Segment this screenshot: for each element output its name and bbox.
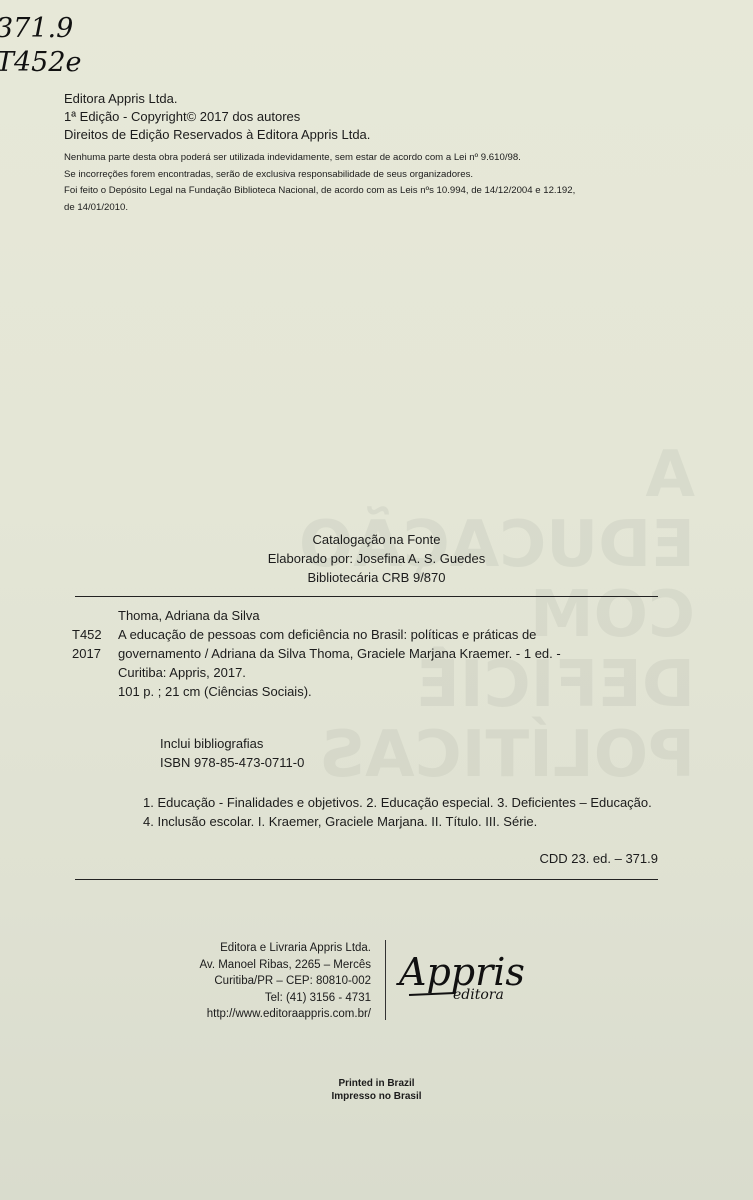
- cdd-classification: CDD 23. ed. – 371.9: [539, 849, 658, 868]
- legal-notice: Nenhuma parte desta obra poderá ser util…: [64, 150, 575, 216]
- printed-english: Printed in Brazil: [0, 1077, 753, 1090]
- physical-description: 101 p. ; 21 cm (Ciências Sociais).: [118, 682, 658, 701]
- bibliography-note: Inclui bibliografias: [160, 734, 304, 753]
- title-line: A educação de pessoas com deficiência no…: [118, 625, 658, 644]
- logo-subtext: editora: [453, 987, 504, 1003]
- cataloger-name: Elaborado por: Josefina A. S. Guedes: [0, 549, 753, 568]
- divider-bottom: [75, 879, 658, 880]
- cataloger-registration: Bibliotecária CRB 9/870: [0, 568, 753, 587]
- call-number: T452 2017: [72, 625, 102, 663]
- logo-separator: [385, 940, 386, 1020]
- subject-line: 1. Educação - Finalidades e objetivos. 2…: [143, 793, 652, 812]
- printed-in: Printed in Brazil Impresso no Brasil: [0, 1077, 753, 1103]
- legal-line: Foi feito o Depósito Legal na Fundação B…: [64, 183, 575, 200]
- author: Thoma, Adriana da Silva: [118, 606, 658, 625]
- catalog-entry: Thoma, Adriana da Silva A educação de pe…: [118, 606, 658, 701]
- publication-info: Curitiba: Appris, 2017.: [118, 663, 658, 682]
- handwritten-cutter-number: T452e: [0, 48, 82, 78]
- isbn: ISBN 978-85-473-0711-0: [160, 753, 304, 772]
- legal-line: Nenhuma parte desta obra poderá ser util…: [64, 150, 575, 167]
- publisher-address: Editora e Livraria Appris Ltda. Av. Mano…: [199, 940, 371, 1023]
- publisher-name: Editora Appris Ltda.: [64, 90, 370, 108]
- year: 2017: [72, 644, 102, 663]
- rights-reserved: Direitos de Edição Reservados à Editora …: [64, 126, 370, 144]
- publisher-city: Curitiba/PR – CEP: 80810-002: [199, 973, 371, 990]
- cataloging-header: Catalogação na Fonte Elaborado por: Jose…: [0, 530, 753, 587]
- legal-line: Se incorreções forem encontradas, serão …: [64, 167, 575, 184]
- handwritten-classification: 371.9: [0, 14, 73, 44]
- publisher-company: Editora e Livraria Appris Ltda.: [199, 940, 371, 957]
- publisher-phone: Tel: (41) 3156 - 4731: [199, 990, 371, 1007]
- cataloging-title: Catalogação na Fonte: [0, 530, 753, 549]
- catalog-notes: Inclui bibliografias ISBN 978-85-473-071…: [160, 734, 304, 772]
- divider-top: [75, 596, 658, 597]
- cutter-number: T452: [72, 625, 102, 644]
- printed-portuguese: Impresso no Brasil: [0, 1090, 753, 1103]
- subject-headings: 1. Educação - Finalidades e objetivos. 2…: [143, 793, 652, 831]
- legal-line: de 14/01/2010.: [64, 200, 575, 217]
- subject-line: 4. Inclusão escolar. I. Kraemer, Graciel…: [143, 812, 652, 831]
- publisher-website: http://www.editoraappris.com.br/: [199, 1006, 371, 1023]
- imprint-block: Editora Appris Ltda. 1ª Edição - Copyrig…: [64, 90, 370, 144]
- appris-logo: Appris editora: [395, 945, 525, 1015]
- publisher-street: Av. Manoel Ribas, 2265 – Mercês: [199, 957, 371, 974]
- title-line: governamento / Adriana da Silva Thoma, G…: [118, 644, 658, 663]
- copyright-page: A EDUCAÇÃOCOM DEFICIÊPOLÍTICAS 371.9 T45…: [0, 0, 753, 1200]
- edition-copyright: 1ª Edição - Copyright© 2017 dos autores: [64, 108, 370, 126]
